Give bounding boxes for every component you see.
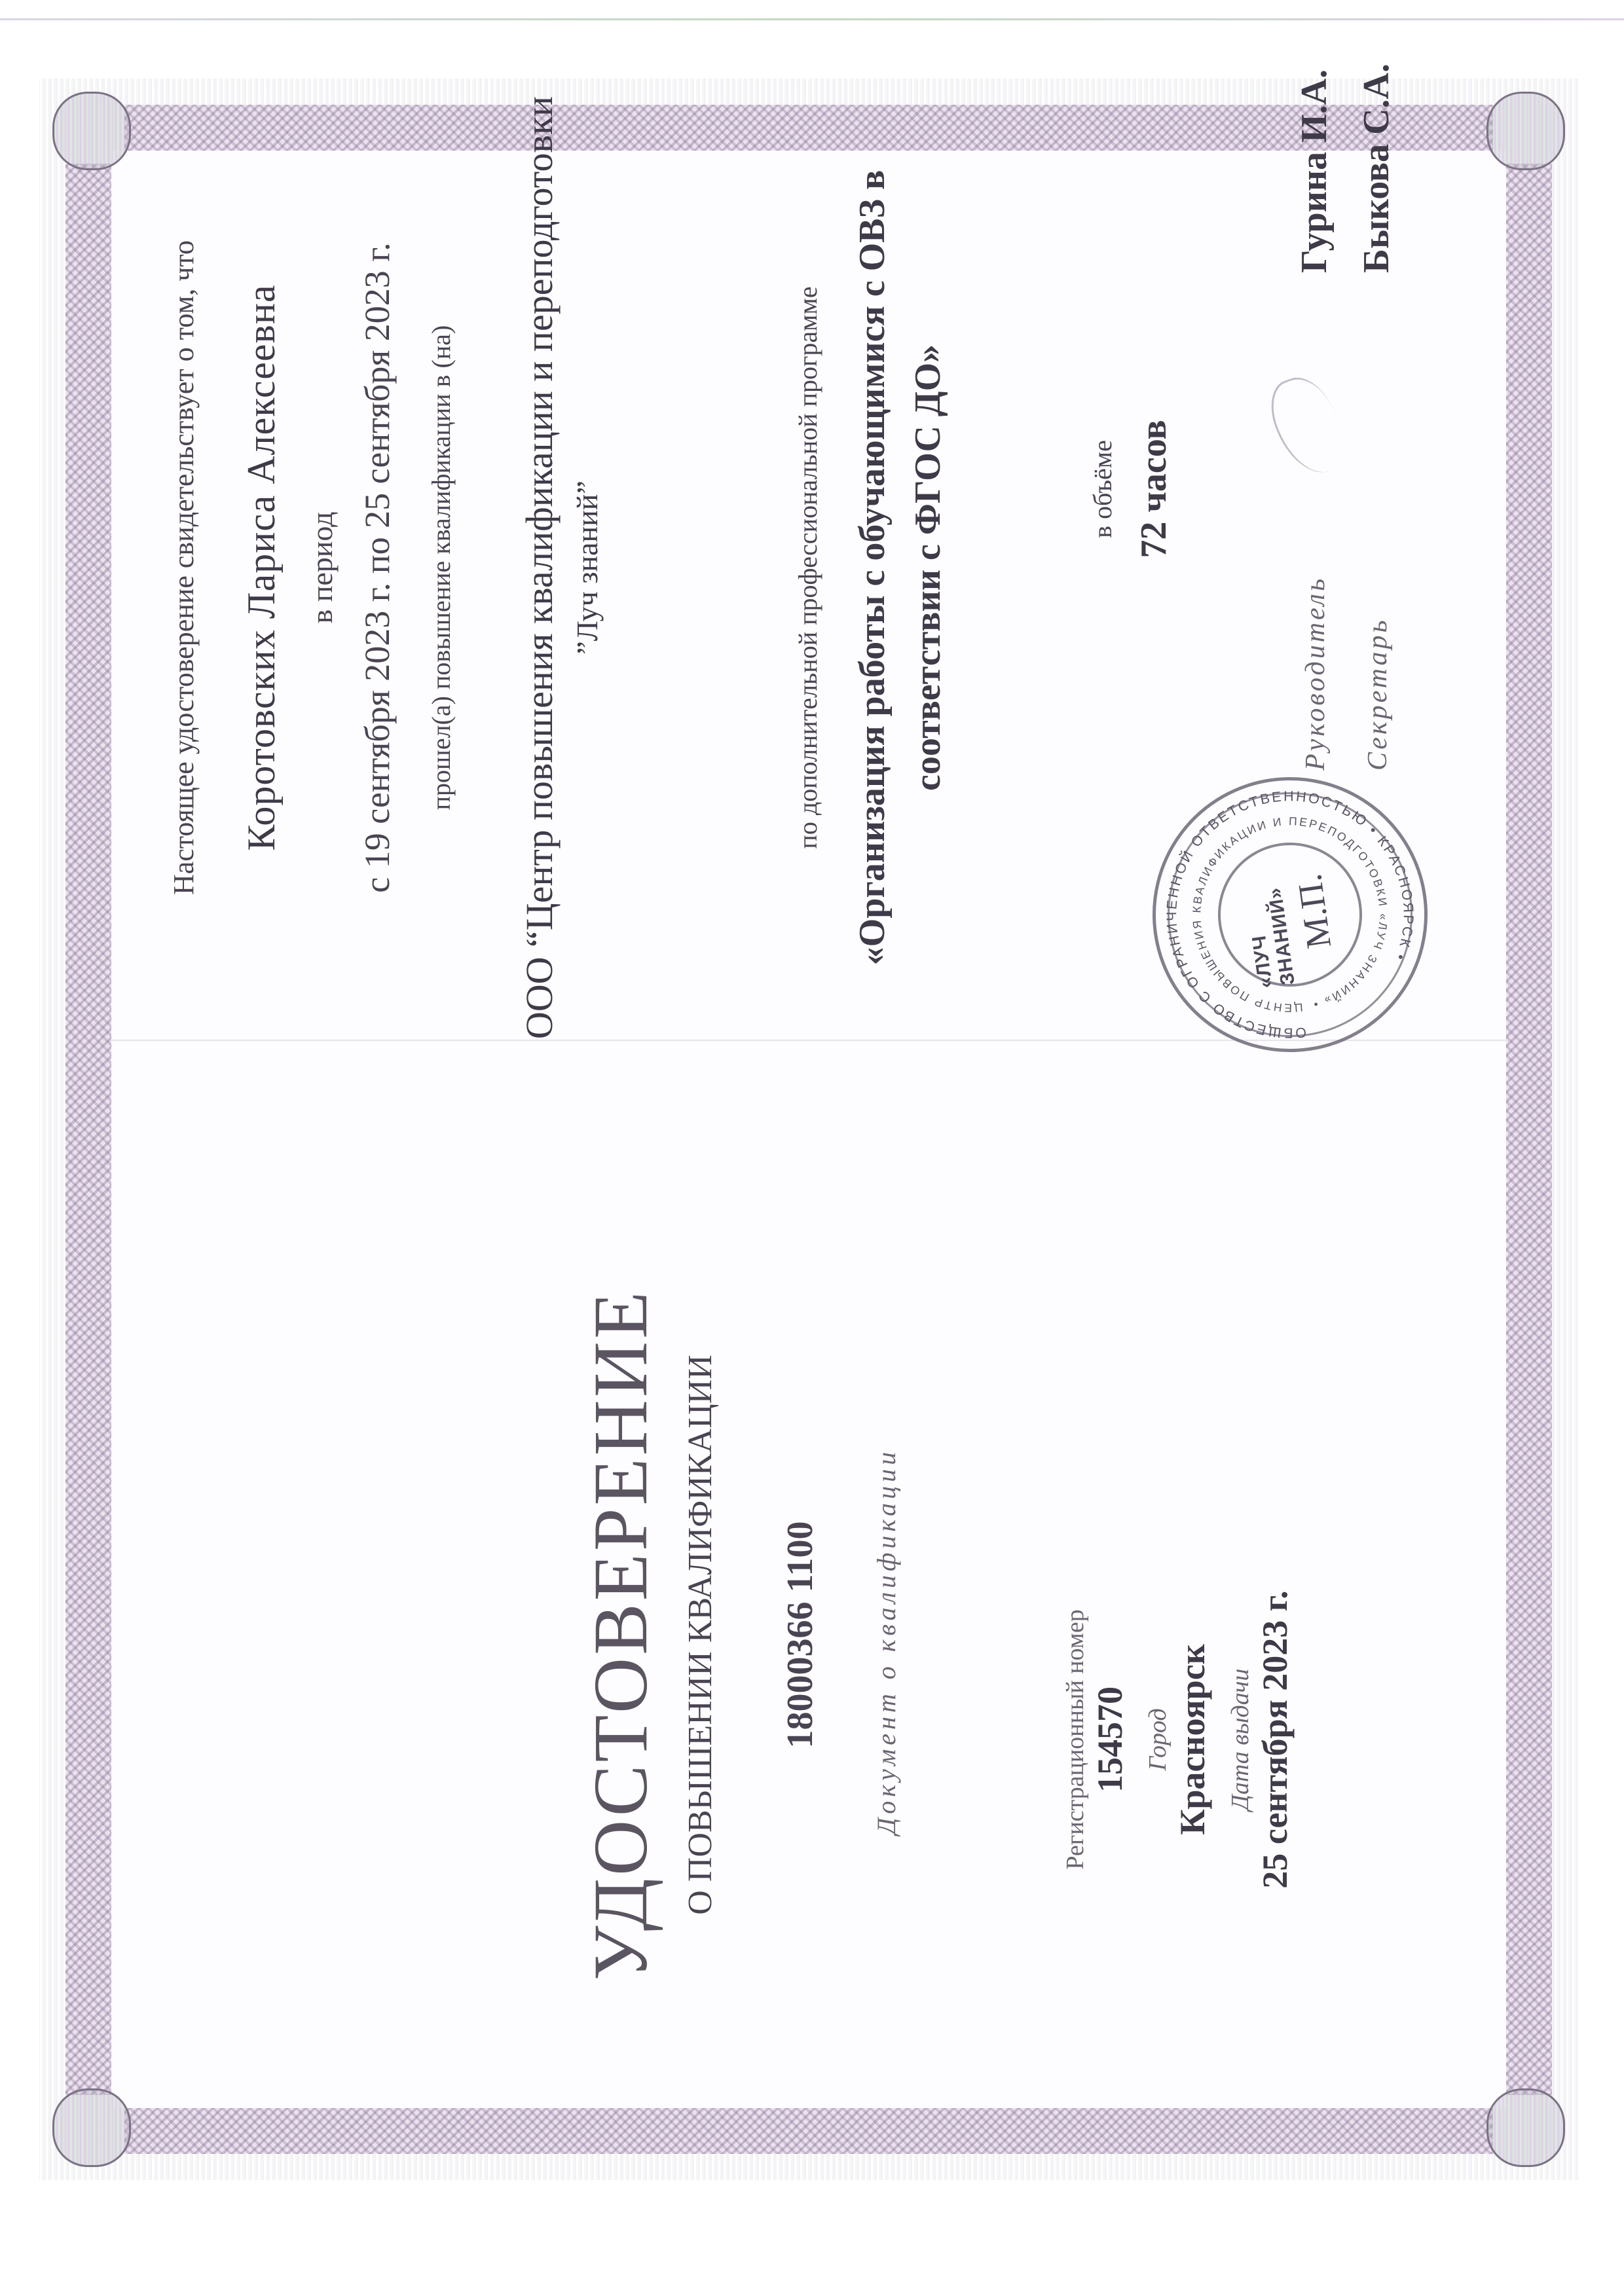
corner-ornament-icon [1486,2088,1565,2167]
holder-name: Коротовских Лариса Алексеевна [239,284,284,850]
program-title-line1: «Организация работы с обучающимися с ОВЗ… [851,170,893,966]
training-period: с 19 сентября 2023 г. по 25 сентября 202… [357,242,397,893]
passed-text: прошел(а) повышение квалификации в (на) [426,325,456,811]
corner-ornament-icon [1486,92,1565,170]
issue-date-label: Дата выдачи [1226,1537,1255,1942]
qualification-certificate: УДОСТОВЕРЕНИЕ О ПОВЫШЕНИИ КВАЛИФИКАЦИИ 1… [0,0,1624,2296]
official-stamp: ОБЩЕСТВО С ОГРАНИЧЕННОЙ ОТВЕТСТВЕННОСТЬЮ… [1135,759,1445,1070]
secretary-role-label: Секретарь [1362,617,1393,771]
corner-ornament-icon [52,92,131,170]
head-name: Гурина И.А. [1293,69,1335,273]
organization-name-line2: ”Луч знаний” [570,481,604,655]
document-type: Документ о квалификации [871,1448,902,1834]
stamp-brand: «ЛУЧ ЗНАНИЙ» [1236,846,1300,989]
organization-name-line1: ООО “Центр повышения квалификации и пере… [517,96,561,1039]
frame-border-right [124,105,1493,151]
intro-text: Настоящее удостоверение свидетельствует … [167,240,200,895]
certificate-subtitle: О ПОВЫШЕНИИ КВАЛИФИКАЦИИ [681,1355,720,1915]
volume-label: в объёме [1087,440,1118,538]
frame-border-bottom [1506,164,1552,2095]
program-title-line2: соответствии с ФГОС ДО» [907,344,949,791]
registration-number: 154570 [1090,1537,1130,1942]
frame-border-left [124,2108,1493,2154]
secretary-name: Быкова С.А. [1356,64,1397,273]
registration-number-label: Регистрационный номер [1061,1537,1090,1942]
head-role-label: Руководитель [1300,576,1331,771]
period-label: в период [304,512,339,624]
city-label: Город [1143,1537,1172,1942]
certificate-number: 18000366 1100 [779,1522,821,1749]
stamp-mark: М.П. [1289,871,1339,951]
registration-block: Регистрационный номер 154570 Город Красн… [1061,1537,1308,1942]
frame-border-top [65,164,111,2095]
corner-ornament-icon [52,2088,131,2167]
city: Красноярск [1172,1537,1213,1942]
certificate-title: УДОСТОВЕРЕНИЕ [576,1289,665,1980]
issue-date: 25 сентября 2023 г. [1255,1537,1295,1942]
training-volume: 72 часов [1133,420,1175,558]
program-intro: по дополнительной профессиональной прогр… [792,286,823,848]
